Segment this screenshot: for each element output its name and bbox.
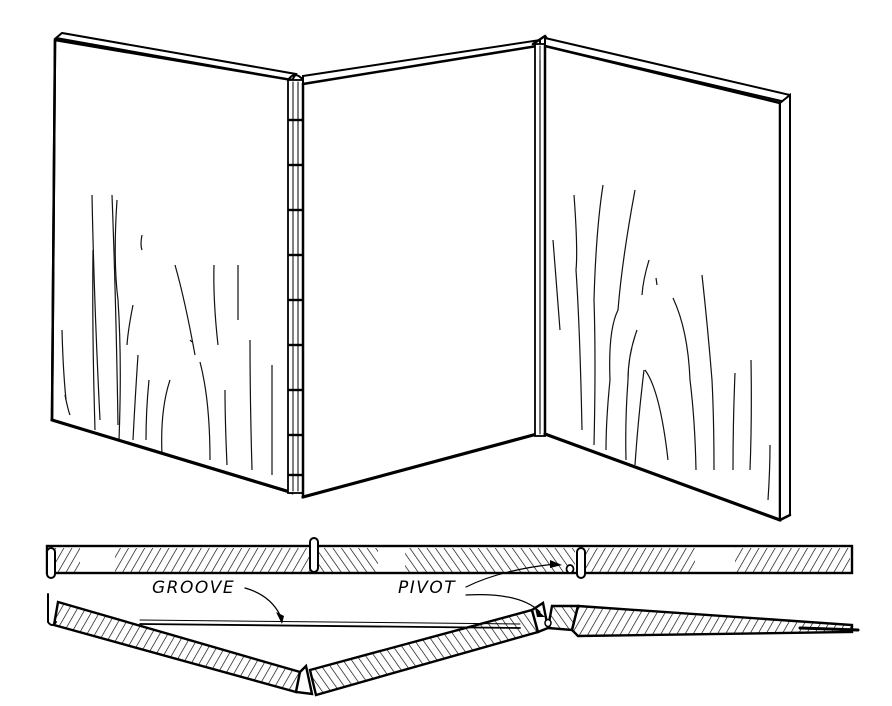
folded-right-segment	[572, 606, 852, 636]
right-panel	[540, 38, 790, 520]
hinge-pin-right	[577, 548, 585, 578]
right-panel-side-edge	[780, 95, 790, 520]
left-panel	[52, 33, 296, 493]
left-panel-face	[52, 40, 292, 493]
folded-left-segment	[54, 602, 300, 692]
flat-section	[47, 538, 852, 578]
left-center-hinge	[288, 75, 303, 493]
folded-section	[48, 594, 858, 695]
groove-label: GROOVE	[152, 578, 235, 598]
folding-screen-illustration: GROOVE PIVOT	[0, 0, 892, 706]
pivot-hole	[567, 565, 574, 573]
center-panel-face	[303, 46, 537, 497]
perspective-view	[52, 33, 790, 520]
center-panel	[303, 40, 540, 497]
groove-callout: GROOVE	[152, 578, 284, 624]
hinge-pin-center	[310, 538, 318, 572]
hinge-pin-left	[47, 548, 55, 578]
cross-sections: GROOVE PIVOT	[47, 538, 858, 695]
right-panel-face	[545, 46, 780, 520]
pivot-label: PIVOT	[398, 578, 456, 598]
